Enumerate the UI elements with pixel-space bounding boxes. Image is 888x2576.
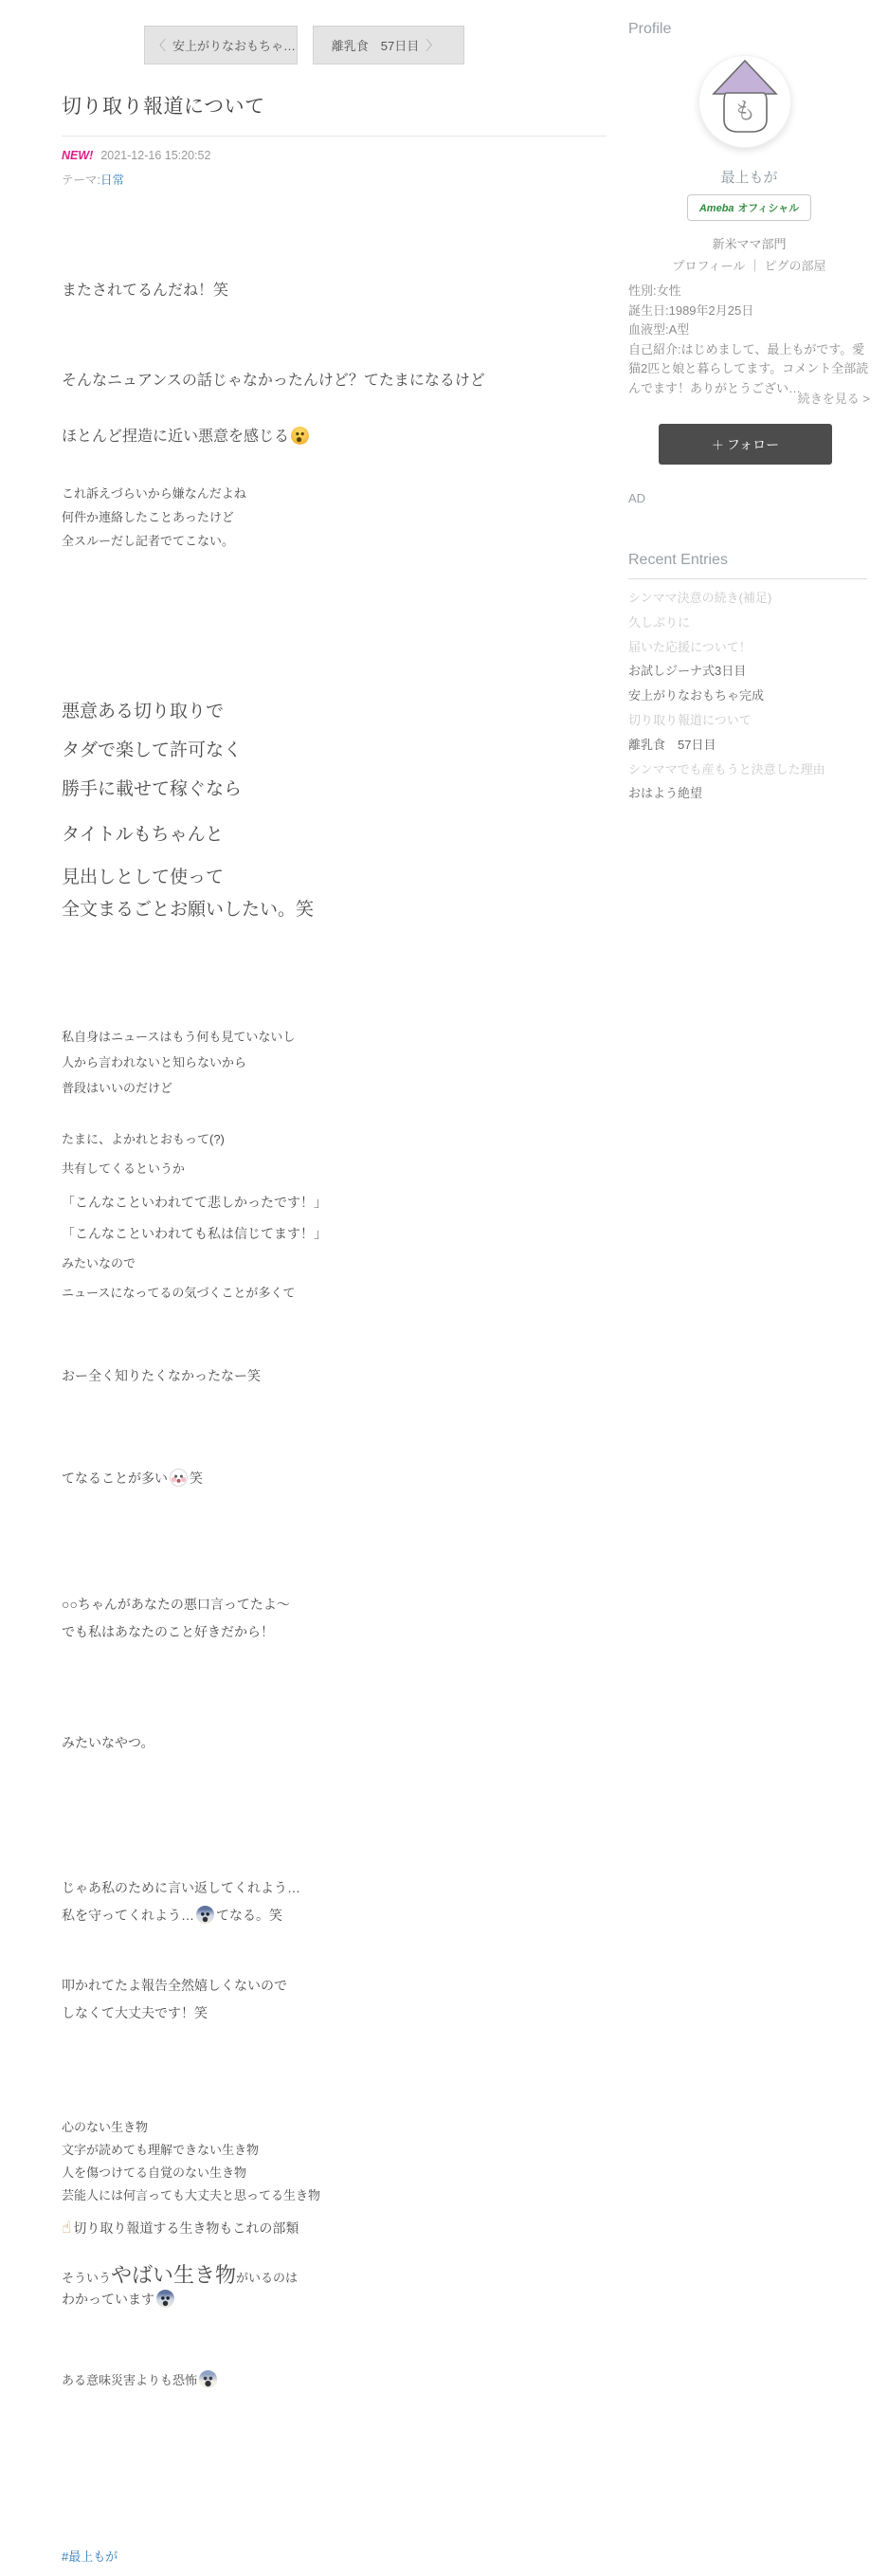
pigg-room-link[interactable]: ピグの部屋 bbox=[764, 259, 825, 273]
body-text: 私自身はニュースはもう何も見ていないし bbox=[62, 1030, 295, 1044]
body-text: タダで楽して許可なく bbox=[62, 740, 242, 760]
chevron-left-icon: 〈 bbox=[153, 36, 166, 55]
recent-entry-link[interactable]: 離乳食 57日目 bbox=[628, 733, 873, 758]
body-paragraph: わかっています bbox=[62, 2290, 176, 2309]
body-paragraph: 心のない生き物文字が読めても理解できない生き物人を傷つけてる自覚のない生き物芸能… bbox=[62, 2116, 320, 2207]
body-text: たまに、よかれとおもって(?) bbox=[62, 1132, 225, 1146]
body-text: そんなニュアンスの話じゃなかったんけど？てたまになるけど bbox=[62, 373, 485, 389]
body-paragraph: そんなニュアンスの話じゃなかったんけど？てたまになるけど bbox=[62, 368, 485, 390]
body-text: ある意味災害よりも恐怖 bbox=[62, 2373, 197, 2387]
body-text: ほとんど捏造に近い悪意を感じる bbox=[62, 429, 289, 445]
chevron-right-icon: 〉 bbox=[426, 36, 439, 55]
body-text: わかっています bbox=[62, 2292, 154, 2307]
theme-label: テーマ: bbox=[62, 174, 100, 187]
body-paragraph: 全文まるごとお願いしたい。笑 bbox=[62, 895, 314, 921]
recent-entry-link[interactable]: 切り取り報道について bbox=[628, 708, 873, 733]
entry-meta: NEW!2021-12-16 15:20:52 bbox=[62, 149, 210, 162]
ad-label: AD bbox=[628, 491, 645, 505]
pointing-up-icon: ☝ bbox=[62, 2219, 71, 2237]
smile-face-icon bbox=[170, 1469, 188, 1487]
theme-row: テーマ:日常 bbox=[62, 171, 124, 188]
follow-label: フォロー bbox=[727, 435, 779, 454]
body-text: 人から言われないと知らないから bbox=[62, 1055, 246, 1069]
official-label: オフィシャル bbox=[738, 203, 800, 214]
blog-page: 〈 安上がりなおもちゃ… 離乳食 57日目 〉 切り取り報道について NEW!2… bbox=[0, 0, 888, 2576]
body-text: 勝手に載せて稼ぐなら bbox=[62, 779, 242, 799]
links-separator: ｜ bbox=[749, 259, 761, 273]
body-text: 「こんなこといわれてて悲しかったです！」 bbox=[62, 1195, 327, 1210]
profile-detail: 誕生日:1989年2月25日 bbox=[628, 301, 873, 321]
ameba-logo: Ameba bbox=[699, 203, 734, 214]
prev-post-label: 安上がりなおもちゃ… bbox=[172, 36, 296, 54]
body-text: 全文まるごとお願いしたい。笑 bbox=[62, 900, 314, 920]
body-text: 共有してくるというか bbox=[62, 1161, 185, 1176]
profile-avatar[interactable]: も bbox=[698, 55, 791, 148]
body-paragraph: たまに、よかれとおもって(?)共有してくるというか bbox=[62, 1124, 225, 1183]
body-paragraph: みたいなのでニュースになってるの気づくことが多くて bbox=[62, 1249, 295, 1307]
svg-text:も: も bbox=[734, 99, 756, 124]
body-text: またされてるんだね！笑 bbox=[62, 283, 228, 299]
profile-name-link[interactable]: 最上もが bbox=[628, 167, 870, 187]
body-text: 「こんなこといわれても私は信じてます！」 bbox=[62, 1226, 327, 1241]
badge-row: Amebaオフィシャル bbox=[628, 194, 870, 221]
body-text: てなることが多い bbox=[62, 1471, 168, 1486]
body-paragraph: ○○ちゃんがあなたの悪口言ってたよ～でも私はあなたのこと好きだから！ bbox=[62, 1591, 290, 1646]
body-paragraph: みたいなやつ。 bbox=[62, 1733, 154, 1752]
body-paragraph: ☝切り取り報道する生き物もこれの部類 bbox=[62, 2219, 299, 2238]
theme-link[interactable]: 日常 bbox=[100, 174, 124, 187]
scream-face-icon bbox=[199, 2370, 217, 2388]
body-text: ニュースになってるの気づくことが多くて bbox=[62, 1286, 295, 1300]
body-text: やばい生き物 bbox=[111, 2263, 236, 2287]
next-post-button[interactable]: 離乳食 57日目 〉 bbox=[313, 26, 464, 64]
recent-entry-link[interactable]: 安上がりなおもちゃ完成 bbox=[628, 684, 873, 708]
body-text: ○○ちゃんがあなたの悪口言ってたよ～ bbox=[62, 1597, 290, 1612]
recent-entry-link[interactable]: お試しジーナ式3日目 bbox=[628, 659, 873, 684]
category-label: 新米ママ部門 bbox=[628, 234, 870, 252]
next-post-label: 離乳食 57日目 bbox=[332, 36, 419, 54]
see-more-link[interactable]: 続きを見る > bbox=[628, 389, 870, 407]
body-text: みたいなので bbox=[62, 1256, 136, 1270]
body-text: 文字が読めても理解できない生き物 bbox=[62, 2143, 259, 2157]
body-text: 何件か連絡したことあったけど bbox=[62, 510, 234, 524]
body-paragraph: 「こんなこといわれてて悲しかったです！」「こんなこといわれても私は信じてます！」 bbox=[62, 1187, 327, 1250]
recent-entry-link[interactable]: 久しぶりに bbox=[628, 611, 873, 635]
body-paragraph: 私自身はニュースはもう何も見ていないし人から言われないと知らないから普段はいいの… bbox=[62, 1024, 295, 1101]
hashtag-link[interactable]: #最上もが bbox=[62, 2547, 118, 2565]
body-text: みたいなやつ。 bbox=[62, 1735, 154, 1750]
body-paragraph: ほとんど捏造に近い悪意を感じる bbox=[62, 424, 311, 446]
profile-detail: 性別:女性 bbox=[628, 282, 873, 301]
body-text: タイトルもちゃんと bbox=[62, 825, 224, 845]
follow-button[interactable]: ＋ フォロー bbox=[659, 424, 832, 465]
new-badge: NEW! bbox=[62, 149, 93, 162]
entry-title: 切り取り報道について bbox=[62, 91, 265, 119]
body-paragraph: タイトルもちゃんと見出しとして使って bbox=[62, 813, 224, 899]
body-text: そういう bbox=[62, 2271, 111, 2285]
body-text: しなくて大丈夫です！笑 bbox=[62, 2005, 208, 2020]
recent-entry-link[interactable]: シンママでも産もうと決意した理由 bbox=[628, 758, 873, 782]
recent-entries-heading: Recent Entries bbox=[628, 552, 867, 579]
body-paragraph: てなることが多い笑 bbox=[62, 1469, 203, 1488]
body-paragraph: またされてるんだね！笑 bbox=[62, 278, 228, 300]
title-divider bbox=[62, 136, 607, 137]
body-paragraph: おー全く知りたくなかったなー笑 bbox=[62, 1366, 261, 1385]
body-text: 普段はいいのだけど bbox=[62, 1081, 172, 1095]
avatar-icon: も bbox=[698, 55, 791, 148]
body-text: 私を守ってくれよう… bbox=[62, 1908, 194, 1923]
body-paragraph: ある意味災害よりも恐怖 bbox=[62, 2370, 219, 2388]
body-text: 笑 bbox=[190, 1471, 203, 1486]
recent-entry-link[interactable]: おはよう絶望 bbox=[628, 781, 873, 806]
ameba-official-badge: Amebaオフィシャル bbox=[687, 194, 811, 221]
body-paragraph: 悪意ある切り取りでタダで楽して許可なく勝手に載せて稼ぐなら bbox=[62, 692, 242, 809]
body-text: じゃあ私のために言い返してくれよう… bbox=[62, 1880, 300, 1895]
body-text: 切り取り報道する生き物もこれの部類 bbox=[73, 2220, 299, 2236]
body-text: 悪意ある切り取りで bbox=[62, 702, 224, 722]
body-text: 心のない生き物 bbox=[62, 2120, 148, 2134]
body-text: 見出しとして使って bbox=[62, 868, 224, 887]
body-text: 芸能人には何言っても大丈夫と思ってる生き物 bbox=[62, 2188, 320, 2202]
body-text: 人を傷つけてる自覚のない生き物 bbox=[62, 2165, 246, 2180]
recent-entry-link[interactable]: シンママ決意の続き(補足) bbox=[628, 586, 873, 611]
body-text: 叩かれてたよ報告全然嬉しくないので bbox=[62, 1978, 287, 1993]
body-text: 全スルーだし記者でてこない。 bbox=[62, 534, 234, 548]
entry-date: 2021-12-16 15:20:52 bbox=[100, 149, 210, 162]
profile-details: 性別:女性誕生日:1989年2月25日血液型:A型自己紹介:はじめまして、最上も… bbox=[628, 282, 873, 398]
profile-page-link[interactable]: プロフィール bbox=[673, 259, 746, 273]
profile-detail: 血液型:A型 bbox=[628, 320, 873, 340]
body-paragraph: 叩かれてたよ報告全然嬉しくないのでしなくて大丈夫です！笑 bbox=[62, 1972, 287, 2027]
body-text: これ訴えづらいから嫌なんだよね bbox=[62, 486, 246, 501]
body-paragraph: そういうやばい生き物がいるのは bbox=[62, 2259, 298, 2289]
fear-face-icon bbox=[196, 1906, 214, 1924]
body-paragraph: じゃあ私のために言い返してくれよう…私を守ってくれよう…てなる。笑 bbox=[62, 1874, 300, 1929]
confused-face-icon bbox=[291, 427, 309, 445]
body-text: がいるのは bbox=[236, 2271, 298, 2285]
profile-links-row: プロフィール ｜ ピグの部屋 bbox=[628, 256, 870, 274]
body-text: でも私はあなたのこと好きだから！ bbox=[62, 1624, 274, 1639]
recent-entry-link[interactable]: 届いた応援について！ bbox=[628, 635, 873, 660]
body-text: てなる。笑 bbox=[216, 1908, 282, 1923]
recent-entries-list: シンママ決意の続き(補足)久しぶりに届いた応援について！お試しジーナ式3日目安上… bbox=[628, 586, 873, 806]
prev-post-button[interactable]: 〈 安上がりなおもちゃ… bbox=[144, 26, 298, 64]
body-text: おー全く知りたくなかったなー笑 bbox=[62, 1368, 261, 1383]
fear-face-icon bbox=[156, 2290, 174, 2308]
plus-icon: ＋ bbox=[712, 435, 724, 453]
body-paragraph: これ訴えづらいから嫌なんだよね何件か連絡したことあったけど全スルーだし記者でてこ… bbox=[62, 482, 246, 553]
profile-heading: Profile bbox=[628, 21, 671, 38]
